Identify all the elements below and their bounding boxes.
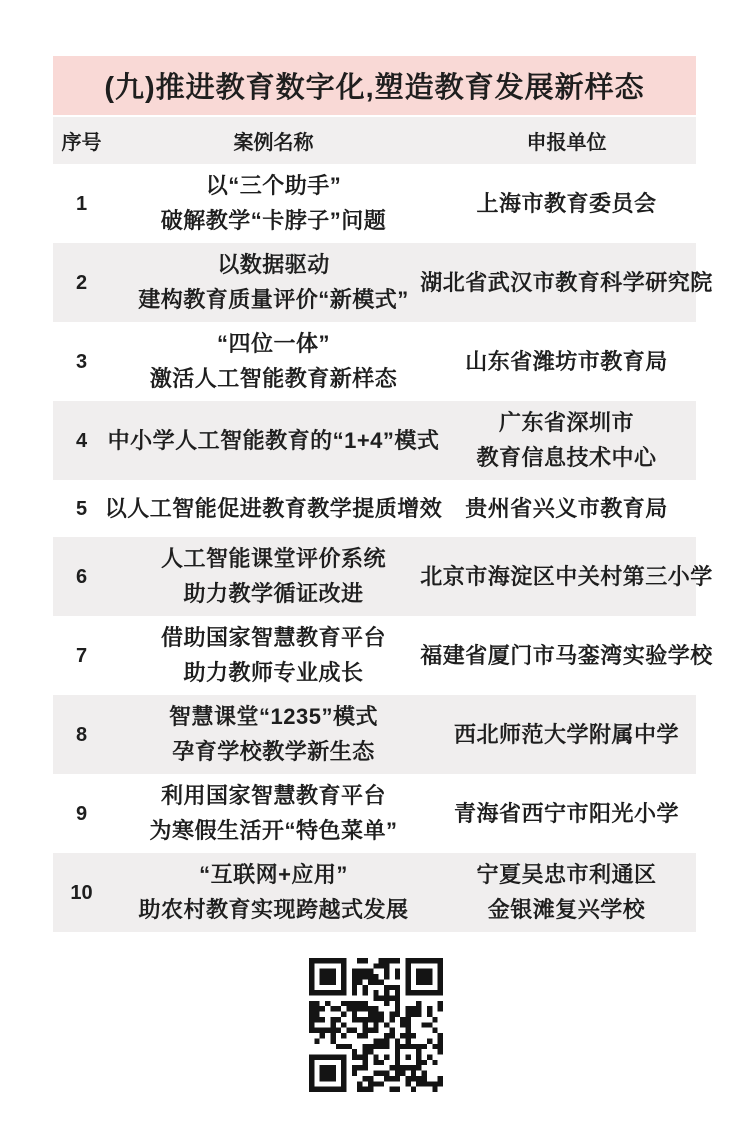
section-title: (九)推进教育数字化,塑造教育发展新样态 xyxy=(104,65,644,106)
row-case-name-line: 以“三个助手” xyxy=(206,169,342,203)
cases-table: (九)推进教育数字化,塑造教育发展新样态 序号 案例名称 申报单位 1以“三个助… xyxy=(53,56,696,932)
row-seq: 3 xyxy=(53,322,110,401)
row-seq-line: 7 xyxy=(76,639,87,673)
row-case-name-line: 破解教学“卡脖子”问题 xyxy=(161,204,387,238)
row-case-name: 以数据驱动建构教育质量评价“新模式” xyxy=(110,243,437,322)
column-header-case: 案例名称 xyxy=(110,126,437,155)
row-seq-line: 8 xyxy=(76,718,87,752)
row-case-name-line: 激活人工智能教育新样态 xyxy=(150,362,398,396)
table-row: 2以数据驱动建构教育质量评价“新模式”湖北省武汉市教育科学研究院 xyxy=(53,243,696,322)
row-case-name: “四位一体”激活人工智能教育新样态 xyxy=(110,322,437,401)
table-row: 6人工智能课堂评价系统助力教学循证改进北京市海淀区中关村第三小学 xyxy=(53,537,696,616)
row-case-name: 中小学人工智能教育的“1+4”模式 xyxy=(110,401,437,480)
row-seq: 2 xyxy=(53,243,110,322)
table-body: 1以“三个助手”破解教学“卡脖子”问题上海市教育委员会2以数据驱动建构教育质量评… xyxy=(53,164,696,932)
row-seq: 4 xyxy=(53,401,110,480)
row-unit-line: 金银滩复兴学校 xyxy=(488,893,646,927)
table-row: 3“四位一体”激活人工智能教育新样态山东省潍坊市教育局 xyxy=(53,322,696,401)
row-case-name-line: 智慧课堂“1235”模式 xyxy=(169,700,378,734)
table-header-row: 序号 案例名称 申报单位 xyxy=(53,117,696,164)
table-row: 5以人工智能促进教育教学提质增效贵州省兴义市教育局 xyxy=(53,480,696,537)
column-header-seq: 序号 xyxy=(53,126,110,155)
row-seq: 6 xyxy=(53,537,110,616)
row-case-name-line: “四位一体” xyxy=(217,327,330,361)
row-seq-line: 10 xyxy=(70,876,92,910)
table-row: 4中小学人工智能教育的“1+4”模式广东省深圳市教育信息技术中心 xyxy=(53,401,696,480)
row-case-name: 借助国家智慧教育平台助力教师专业成长 xyxy=(110,616,437,695)
table-row: 7借助国家智慧教育平台助力教师专业成长福建省厦门市马銮湾实验学校 xyxy=(53,616,696,695)
row-unit: 贵州省兴义市教育局 xyxy=(437,480,696,537)
row-case-name-line: “互联网+应用” xyxy=(199,858,348,892)
row-seq-line: 9 xyxy=(76,797,87,831)
row-case-name-line: 以人工智能促进教育教学提质增效 xyxy=(105,492,443,526)
table-row: 9利用国家智慧教育平台为寒假生活开“特色菜单”青海省西宁市阳光小学 xyxy=(53,774,696,853)
row-seq: 10 xyxy=(53,853,110,932)
row-case-name-line: 助农村教育实现跨越式发展 xyxy=(138,893,408,927)
row-seq: 1 xyxy=(53,164,110,243)
row-unit-line: 山东省潍坊市教育局 xyxy=(465,345,668,379)
row-unit-line: 上海市教育委员会 xyxy=(476,187,656,221)
row-unit: 西北师范大学附属中学 xyxy=(437,695,696,774)
row-seq: 5 xyxy=(53,480,110,537)
row-case-name-line: 孕育学校教学新生态 xyxy=(172,735,375,769)
row-case-name: 以“三个助手”破解教学“卡脖子”问题 xyxy=(110,164,437,243)
row-case-name: 人工智能课堂评价系统助力教学循证改进 xyxy=(110,537,437,616)
row-case-name: 以人工智能促进教育教学提质增效 xyxy=(110,480,437,537)
row-case-name-line: 建构教育质量评价“新模式” xyxy=(138,283,409,317)
row-case-name-line: 以数据驱动 xyxy=(217,248,330,282)
row-unit-line: 西北师范大学附属中学 xyxy=(454,718,679,752)
row-unit: 上海市教育委员会 xyxy=(437,164,696,243)
row-case-name-line: 助力教师专业成长 xyxy=(183,656,363,690)
row-case-name-line: 中小学人工智能教育的“1+4”模式 xyxy=(108,424,440,458)
row-unit-line: 北京市海淀区中关村第三小学 xyxy=(420,560,713,594)
row-unit: 湖北省武汉市教育科学研究院 xyxy=(437,243,696,322)
row-unit: 宁夏吴忠市利通区金银滩复兴学校 xyxy=(437,853,696,932)
row-seq: 8 xyxy=(53,695,110,774)
row-case-name-line: 利用国家智慧教育平台 xyxy=(161,779,386,813)
row-case-name-line: 人工智能课堂评价系统 xyxy=(161,542,386,576)
row-unit: 山东省潍坊市教育局 xyxy=(437,322,696,401)
row-unit-line: 福建省厦门市马銮湾实验学校 xyxy=(420,639,713,673)
row-case-name: “互联网+应用”助农村教育实现跨越式发展 xyxy=(110,853,437,932)
row-case-name: 利用国家智慧教育平台为寒假生活开“特色菜单” xyxy=(110,774,437,853)
row-unit-line: 贵州省兴义市教育局 xyxy=(465,492,668,526)
row-unit-line: 青海省西宁市阳光小学 xyxy=(454,797,679,831)
row-case-name-line: 助力教学循证改进 xyxy=(183,577,363,611)
column-header-unit: 申报单位 xyxy=(437,126,696,155)
row-unit: 北京市海淀区中关村第三小学 xyxy=(437,537,696,616)
row-seq-line: 3 xyxy=(76,345,87,379)
table-row: 1以“三个助手”破解教学“卡脖子”问题上海市教育委员会 xyxy=(53,164,696,243)
row-unit-line: 广东省深圳市 xyxy=(499,406,634,440)
table-row: 10“互联网+应用”助农村教育实现跨越式发展宁夏吴忠市利通区金银滩复兴学校 xyxy=(53,853,696,932)
row-unit: 福建省厦门市马銮湾实验学校 xyxy=(437,616,696,695)
row-unit-line: 湖北省武汉市教育科学研究院 xyxy=(420,266,713,300)
page: (九)推进教育数字化,塑造教育发展新样态 序号 案例名称 申报单位 1以“三个助… xyxy=(0,0,750,1140)
row-unit: 青海省西宁市阳光小学 xyxy=(437,774,696,853)
row-case-name-line: 为寒假生活开“特色菜单” xyxy=(149,814,397,848)
row-seq-line: 2 xyxy=(76,266,87,300)
row-seq-line: 5 xyxy=(76,492,87,526)
row-seq-line: 1 xyxy=(76,187,87,221)
section-title-bar: (九)推进教育数字化,塑造教育发展新样态 xyxy=(53,56,696,115)
row-seq-line: 6 xyxy=(76,560,87,594)
row-case-name: 智慧课堂“1235”模式孕育学校教学新生态 xyxy=(110,695,437,774)
row-seq: 9 xyxy=(53,774,110,853)
row-unit-line: 宁夏吴忠市利通区 xyxy=(476,858,656,892)
qr-code-icon xyxy=(309,958,443,1092)
row-seq-line: 4 xyxy=(76,424,87,458)
table-row: 8智慧课堂“1235”模式孕育学校教学新生态西北师范大学附属中学 xyxy=(53,695,696,774)
row-case-name-line: 借助国家智慧教育平台 xyxy=(161,621,386,655)
row-unit-line: 教育信息技术中心 xyxy=(476,441,656,475)
row-unit: 广东省深圳市教育信息技术中心 xyxy=(437,401,696,480)
row-seq: 7 xyxy=(53,616,110,695)
